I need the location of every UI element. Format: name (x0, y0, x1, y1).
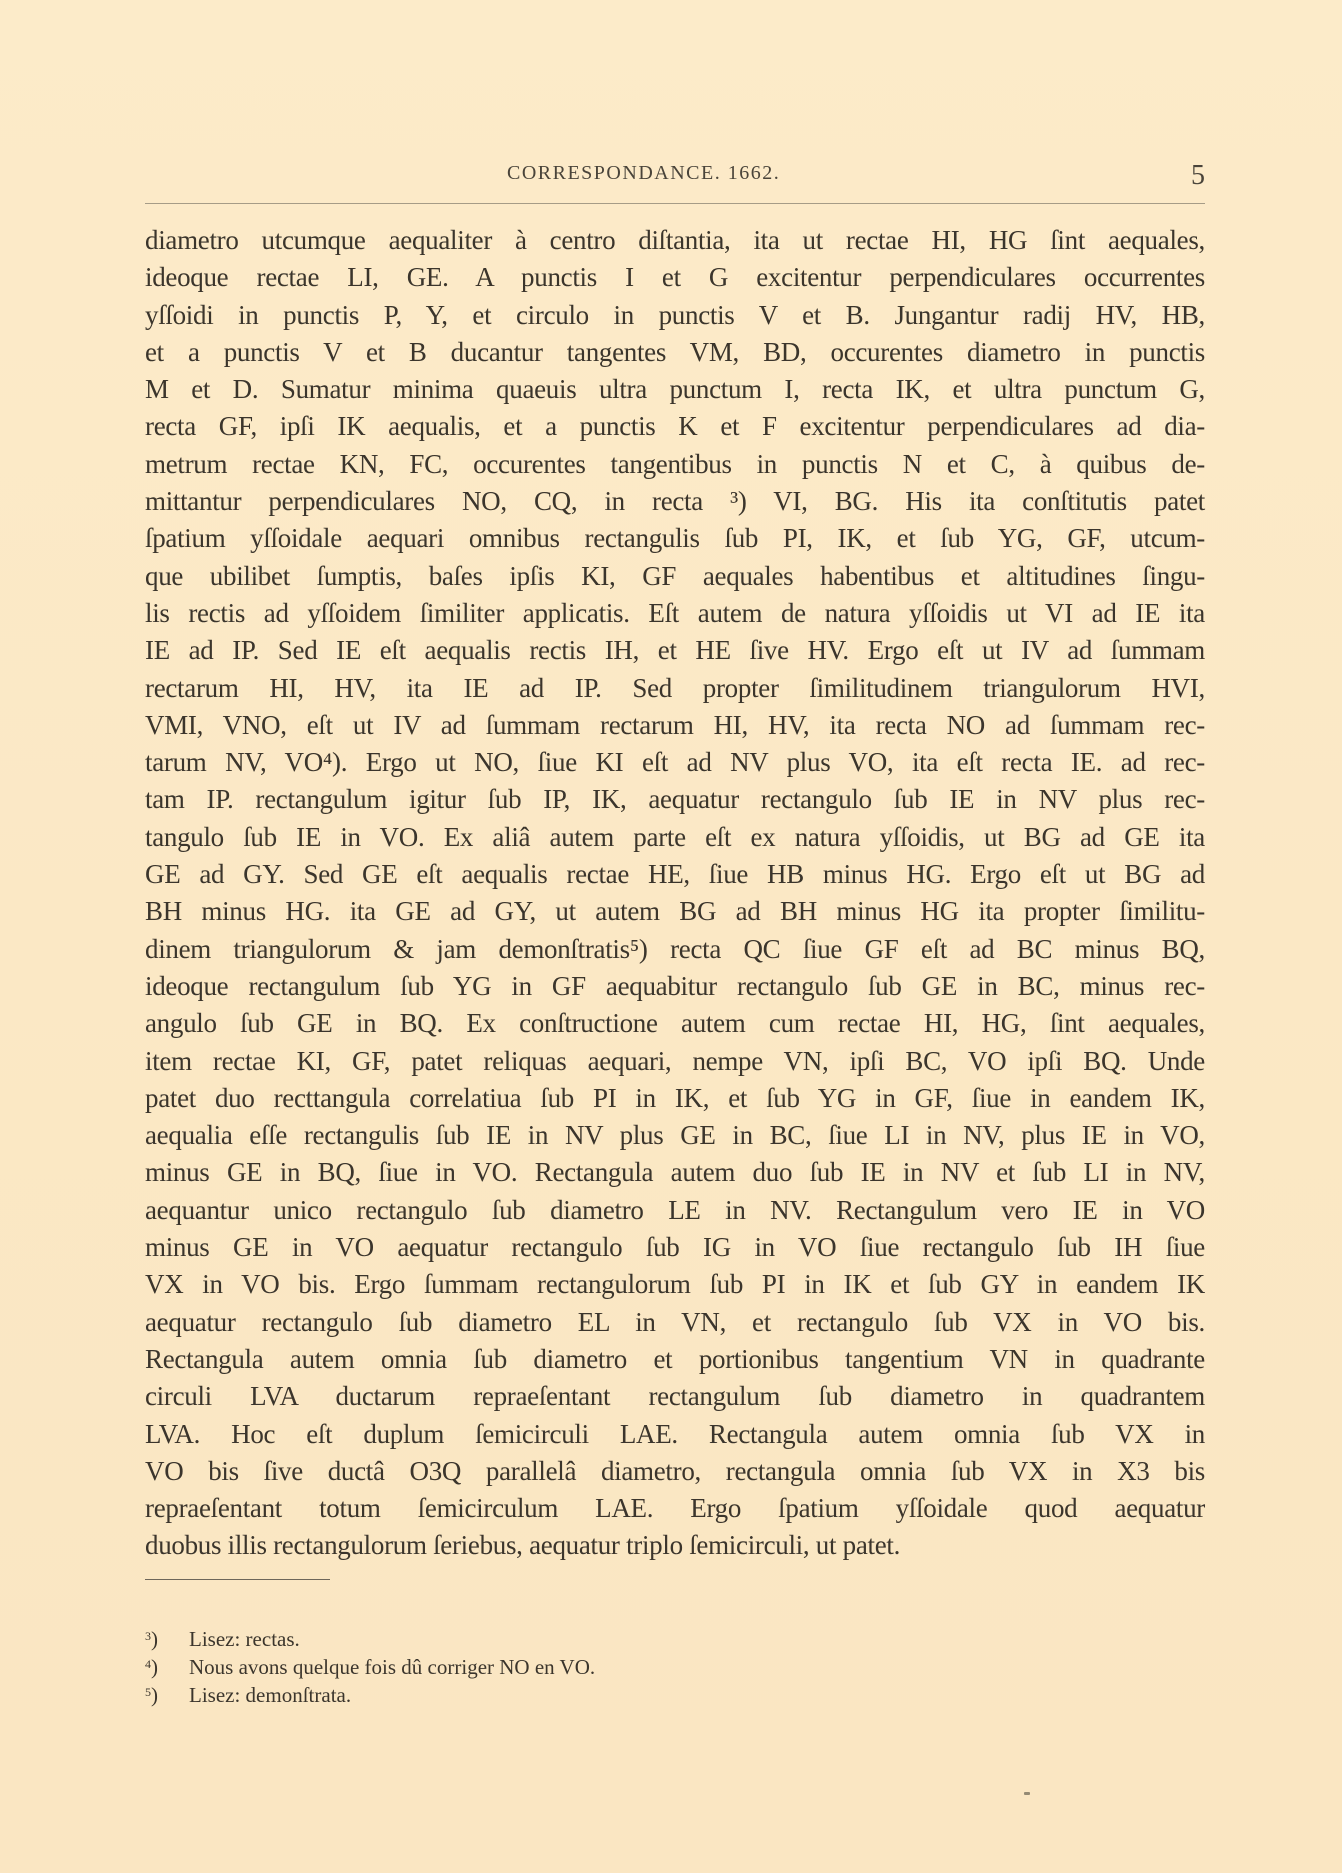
text-line: patet duo recttangula correlatiua ſub PI… (145, 1080, 1205, 1117)
text-line: VO bis ſive ductâ O3Q parallelâ diametro… (145, 1453, 1205, 1490)
text-line: Rectangula autem omnia ſub diametro et p… (145, 1341, 1205, 1378)
text-line: metrum rectae KN, FC, occurentes tangent… (145, 446, 1205, 483)
footnote-3: 3)Lisez: rectas. (145, 1622, 1045, 1650)
text-line: VMI, VNO, eſt ut IV ad ſummam rectarum H… (145, 707, 1205, 744)
footnote-text: Lisez: demonſtrata. (189, 1683, 351, 1707)
footnote-marker: 5) (145, 1678, 189, 1709)
book-page: CORRESPONDANCE. 1662. 5 diametro utcumqu… (0, 0, 1342, 1873)
text-line: M et D. Sumatur minima quaeuis ultra pun… (145, 371, 1205, 408)
text-line: item rectae KI, GF, patet reliquas aequa… (145, 1043, 1205, 1080)
footnote-5: 5)Lisez: demonſtrata. (145, 1678, 1045, 1706)
text-line: que ubilibet ſumptis, baſes ipſis KI, GF… (145, 558, 1205, 595)
text-line: et a punctis V et B ducantur tangentes V… (145, 334, 1205, 371)
text-line: lis rectis ad yſſoidem ſimiliter applica… (145, 595, 1205, 632)
text-line: VX in VO bis. Ergo ſummam rectangulorum … (145, 1266, 1205, 1303)
footnote-text: Lisez: rectas. (189, 1627, 300, 1651)
page-number: 5 (1191, 160, 1205, 192)
header-rule (145, 203, 1205, 204)
footnote-marker: 3) (145, 1622, 189, 1653)
text-line: angulo ſub GE in BQ. Ex conſtructione au… (145, 1005, 1205, 1042)
footnotes: 3)Lisez: rectas. 4)Nous avons quelque fo… (145, 1622, 1045, 1706)
text-line: ſpatium yſſoidale aequari omnibus rectan… (145, 520, 1205, 557)
text-line: repraeſentant totum ſemicirculum LAE. Er… (145, 1490, 1205, 1527)
text-line: ideoque rectae LI, GE. A punctis I et G … (145, 259, 1205, 296)
text-line: tam IP. rectangulum igitur ſub IP, IK, a… (145, 781, 1205, 818)
text-line: minus GE in BQ, ſiue in VO. Rectangula a… (145, 1154, 1205, 1191)
text-line: duobus illis rectangulorum ſeriebus, aeq… (145, 1527, 1205, 1564)
text-line: recta GF, ipſi IK aequalis, et a punctis… (145, 408, 1205, 445)
text-line: yſſoidi in punctis P, Y, et circulo in p… (145, 297, 1205, 334)
text-line: aequalia eſſe rectangulis ſub IE in NV p… (145, 1117, 1205, 1154)
text-line: tarum NV, VO⁴). Ergo ut NO, ſiue KI eſt … (145, 744, 1205, 781)
text-line: BH minus HG. ita GE ad GY, ut autem BG a… (145, 893, 1205, 930)
text-line: aequantur unico rectangulo ſub diametro … (145, 1192, 1205, 1229)
text-line: rectarum HI, HV, ita IE ad IP. Sed propt… (145, 670, 1205, 707)
text-line: LVA. Hoc eſt duplum ſemicirculi LAE. Rec… (145, 1416, 1205, 1453)
text-line: circuli LVA ductarum repraeſentant recta… (145, 1378, 1205, 1415)
text-line: aequatur rectangulo ſub diametro EL in V… (145, 1304, 1205, 1341)
text-line: ideoque rectangulum ſub YG in GF aequabi… (145, 968, 1205, 1005)
running-title: CORRESPONDANCE. 1662. (507, 162, 780, 185)
text-line: GE ad GY. Sed GE eſt aequalis rectae HE,… (145, 856, 1205, 893)
body-text: diametro utcumque aequaliter à centro di… (145, 222, 1205, 1565)
text-line: mittantur perpendiculares NO, CQ, in rec… (145, 483, 1205, 520)
running-head: CORRESPONDANCE. 1662. 5 (145, 158, 1205, 198)
footnote-text: Nous avons quelque fois dû corriger NO e… (189, 1655, 595, 1679)
text-line: tangulo ſub IE in VO. Ex aliâ autem part… (145, 819, 1205, 856)
footnote-4: 4)Nous avons quelque fois dû corriger NO… (145, 1650, 1045, 1678)
text-line: minus GE in VO aequatur rectangulo ſub I… (145, 1229, 1205, 1266)
text-line: IE ad IP. Sed IE eſt aequalis rectis IH,… (145, 632, 1205, 669)
footnote-marker: 4) (145, 1650, 189, 1681)
footnote-rule (145, 1579, 330, 1580)
text-line: dinem triangulorum & jam demonſtratis⁵) … (145, 931, 1205, 968)
text-line: diametro utcumque aequaliter à centro di… (145, 222, 1205, 259)
paper-speck (1024, 1792, 1030, 1795)
